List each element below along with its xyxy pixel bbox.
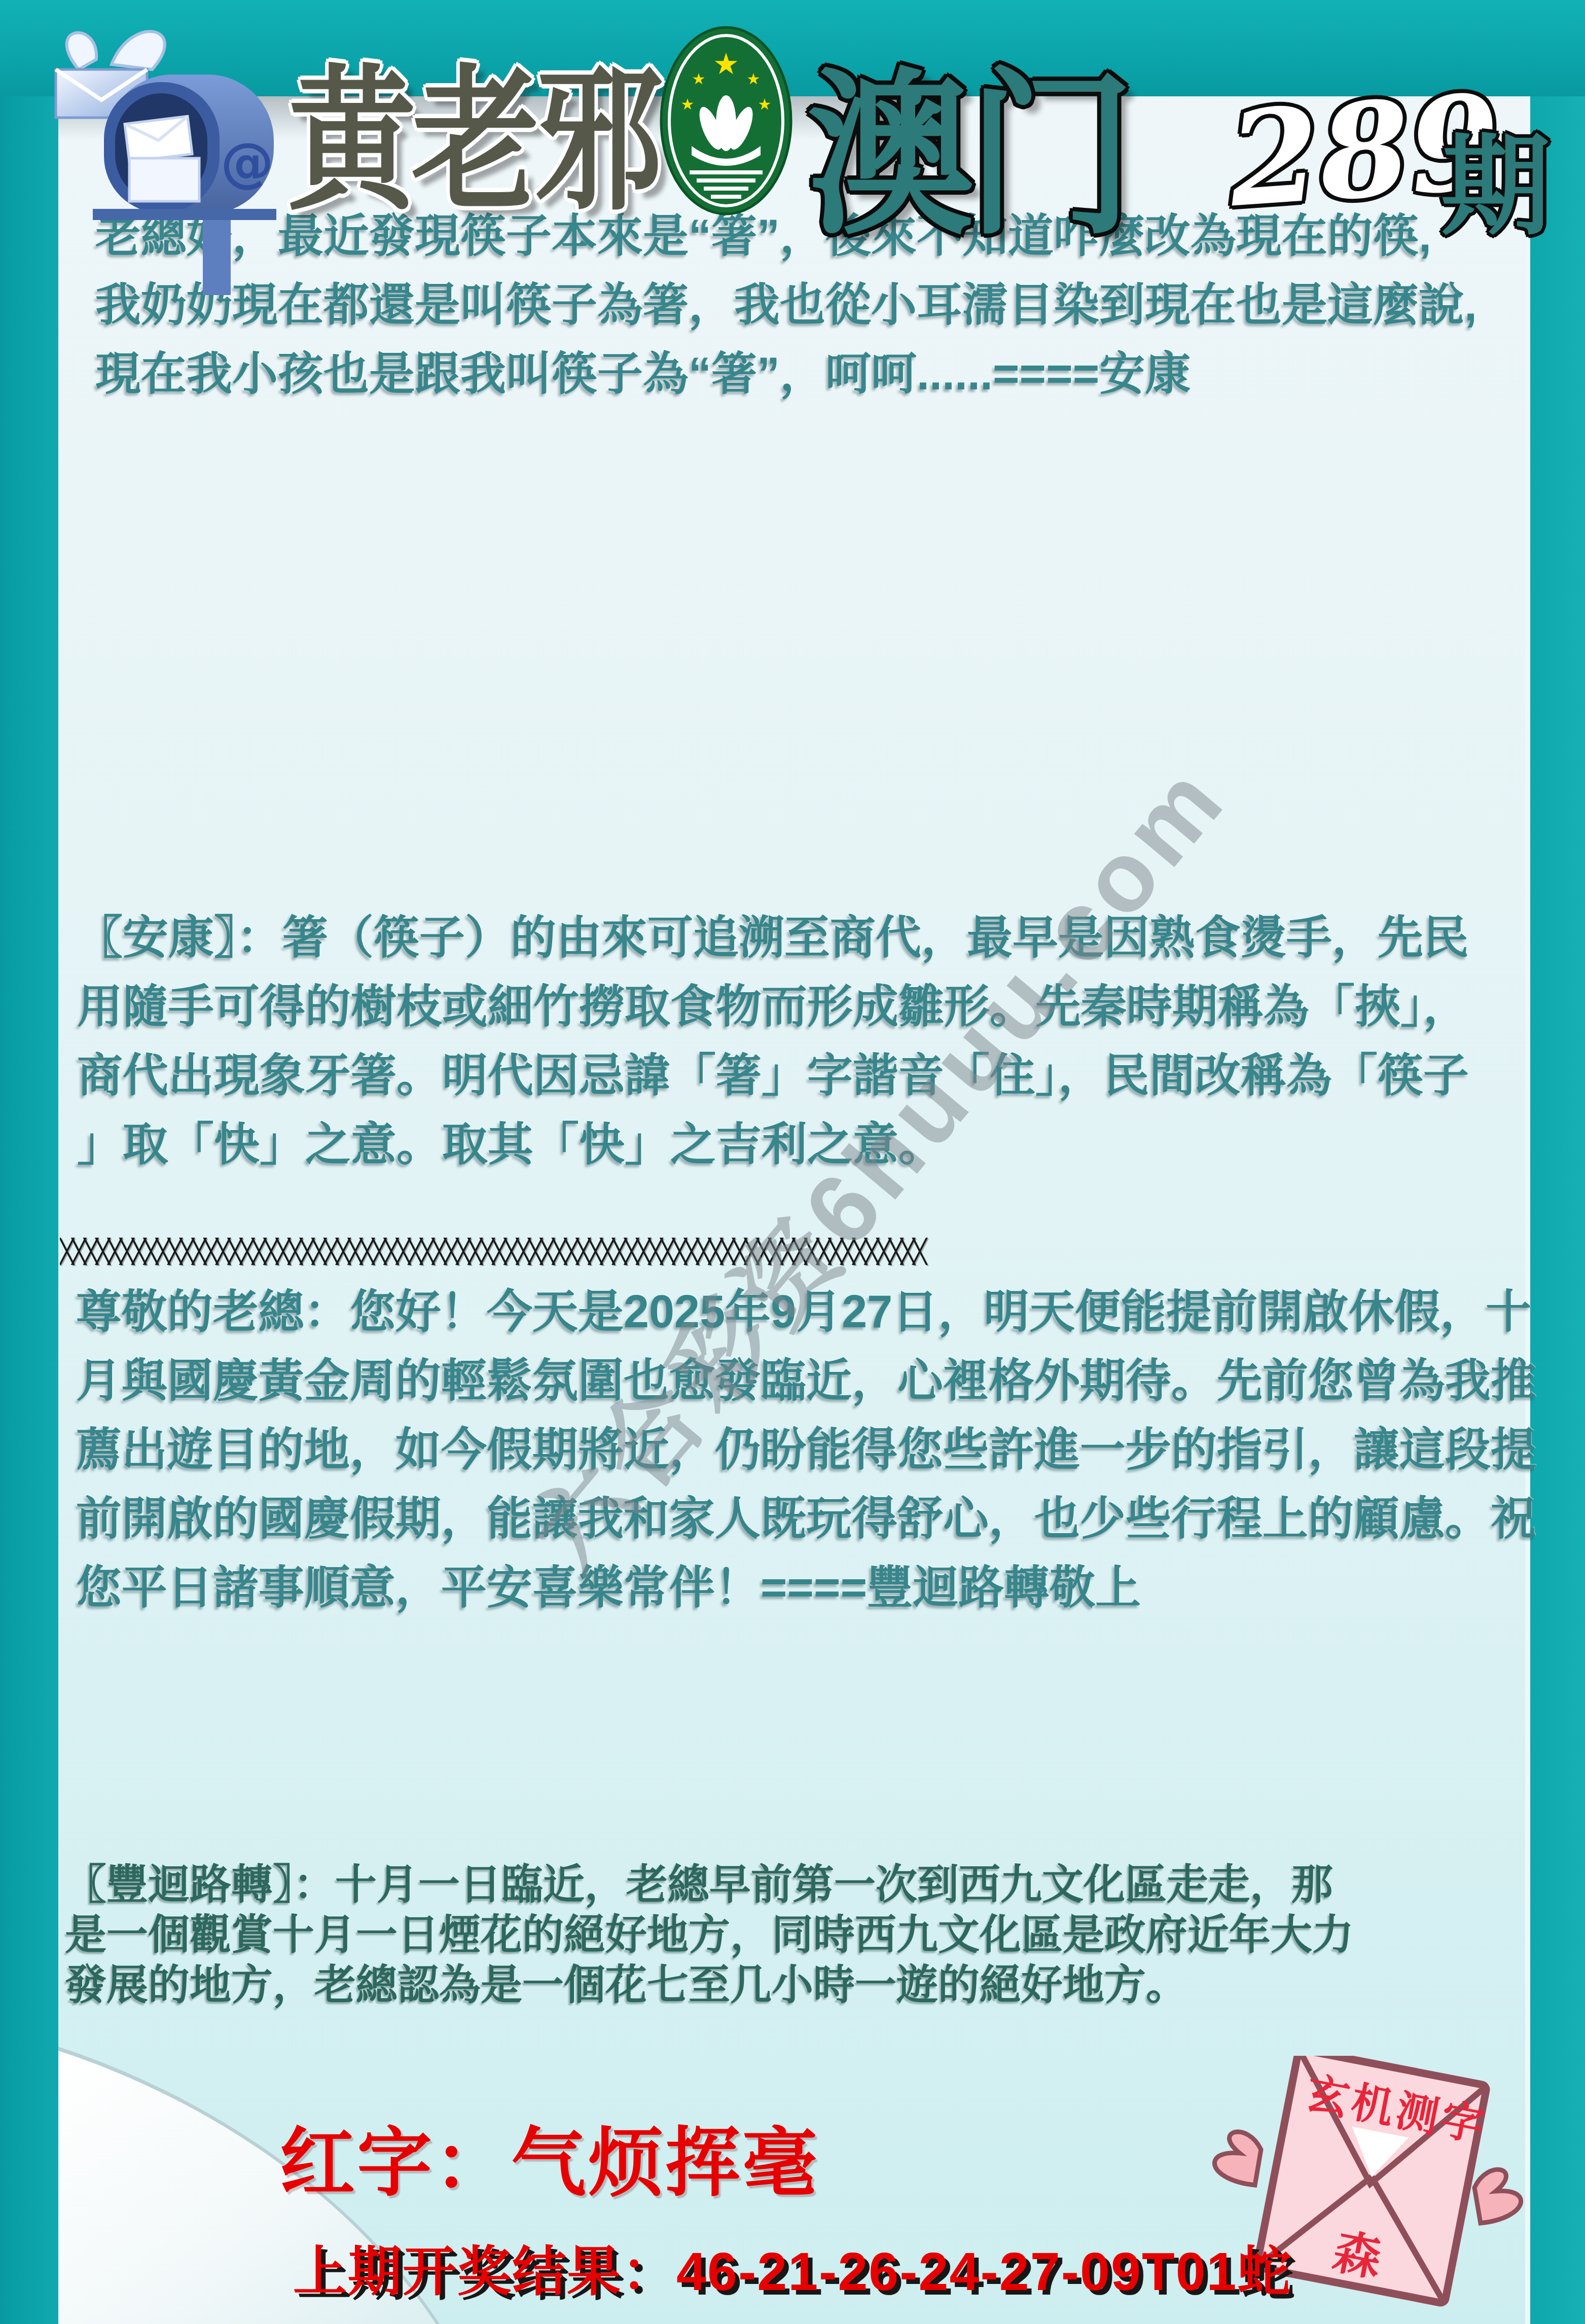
- svg-text:@: @: [221, 132, 274, 194]
- lottery-tip-poster: @ 黄老邪 ★ ★ ★ ★ ★ 澳门 289 期 老總好，最近發現筷子本來是“箸…: [0, 0, 1585, 2324]
- svg-text:★: ★: [681, 96, 695, 114]
- svg-text:★: ★: [747, 70, 761, 88]
- svg-text:★: ★: [713, 47, 739, 81]
- red-hint-text: 红字：气烦挥毫: [280, 2103, 819, 2210]
- reply-to-fenghuiluzhuan: 〖豐迴路轉〗：十月一日臨近，老總早前第一次到西九文化區走走，那 是一個觀賞十月一…: [65, 1860, 1551, 2010]
- left-wing-icon: [1214, 2132, 1261, 2185]
- svg-text:★: ★: [692, 70, 706, 88]
- page-title-name: 黄老邪: [288, 16, 659, 240]
- issue-suffix: 期: [1441, 99, 1550, 256]
- macau-emblem-icon: ★ ★ ★ ★ ★: [658, 24, 794, 217]
- mailbox-icon: @: [28, 6, 292, 295]
- mailbox-body: @: [93, 75, 276, 295]
- envelope-stamp-text: 森: [1329, 2225, 1386, 2286]
- svg-text:★: ★: [758, 96, 772, 114]
- page-title-region: 澳门: [807, 13, 1128, 268]
- right-wing-icon: [1474, 2169, 1521, 2223]
- last-draw-result: 上期开奖结果：46-21-26-24-27-09T01蛇: [293, 2229, 1292, 2306]
